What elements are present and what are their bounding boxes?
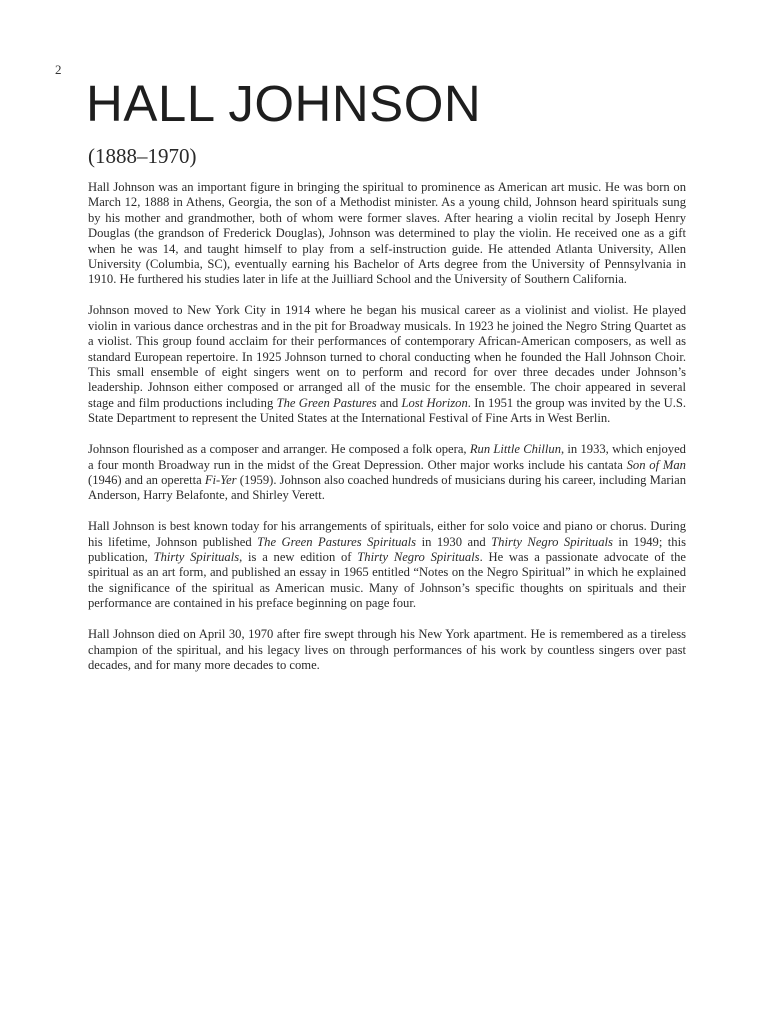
text-run: (1946) and an operetta (88, 473, 205, 487)
paragraph-compositions: Johnson flourished as a composer and arr… (88, 442, 686, 504)
paragraph-career: Johnson moved to New York City in 1914 w… (88, 303, 686, 426)
text-run: Johnson flourished as a composer and arr… (88, 442, 470, 456)
biography-body: Hall Johnson was an important figure in … (88, 180, 686, 689)
text-run: , is a new edition of (239, 550, 357, 564)
work-title: Run Little Chillun (470, 442, 561, 456)
work-title: The Green Pastures Spirituals (257, 535, 416, 549)
page-title: HALL JOHNSON (86, 74, 481, 134)
paragraph-early-life: Hall Johnson was an important figure in … (88, 180, 686, 288)
work-title: Lost Horizon (401, 396, 467, 410)
text-run: Hall Johnson was an important figure in … (88, 180, 686, 286)
work-title: Son of Man (627, 458, 686, 472)
text-run: and (377, 396, 402, 410)
work-title: Thirty Spirituals (154, 550, 240, 564)
work-title: The Green Pastures (277, 396, 377, 410)
paragraph-spirituals: Hall Johnson is best known today for his… (88, 519, 686, 611)
text-run: Hall Johnson died on April 30, 1970 afte… (88, 627, 686, 672)
work-title: Fi-Yer (205, 473, 237, 487)
page-number: 2 (55, 62, 62, 78)
lifespan-subtitle: (1888–1970) (88, 143, 197, 169)
paragraph-death-legacy: Hall Johnson died on April 30, 1970 afte… (88, 627, 686, 673)
work-title: Thirty Negro Spirituals (491, 535, 613, 549)
text-run: Johnson moved to New York City in 1914 w… (88, 303, 686, 409)
text-run: in 1930 and (416, 535, 491, 549)
work-title: Thirty Negro Spirituals (357, 550, 479, 564)
